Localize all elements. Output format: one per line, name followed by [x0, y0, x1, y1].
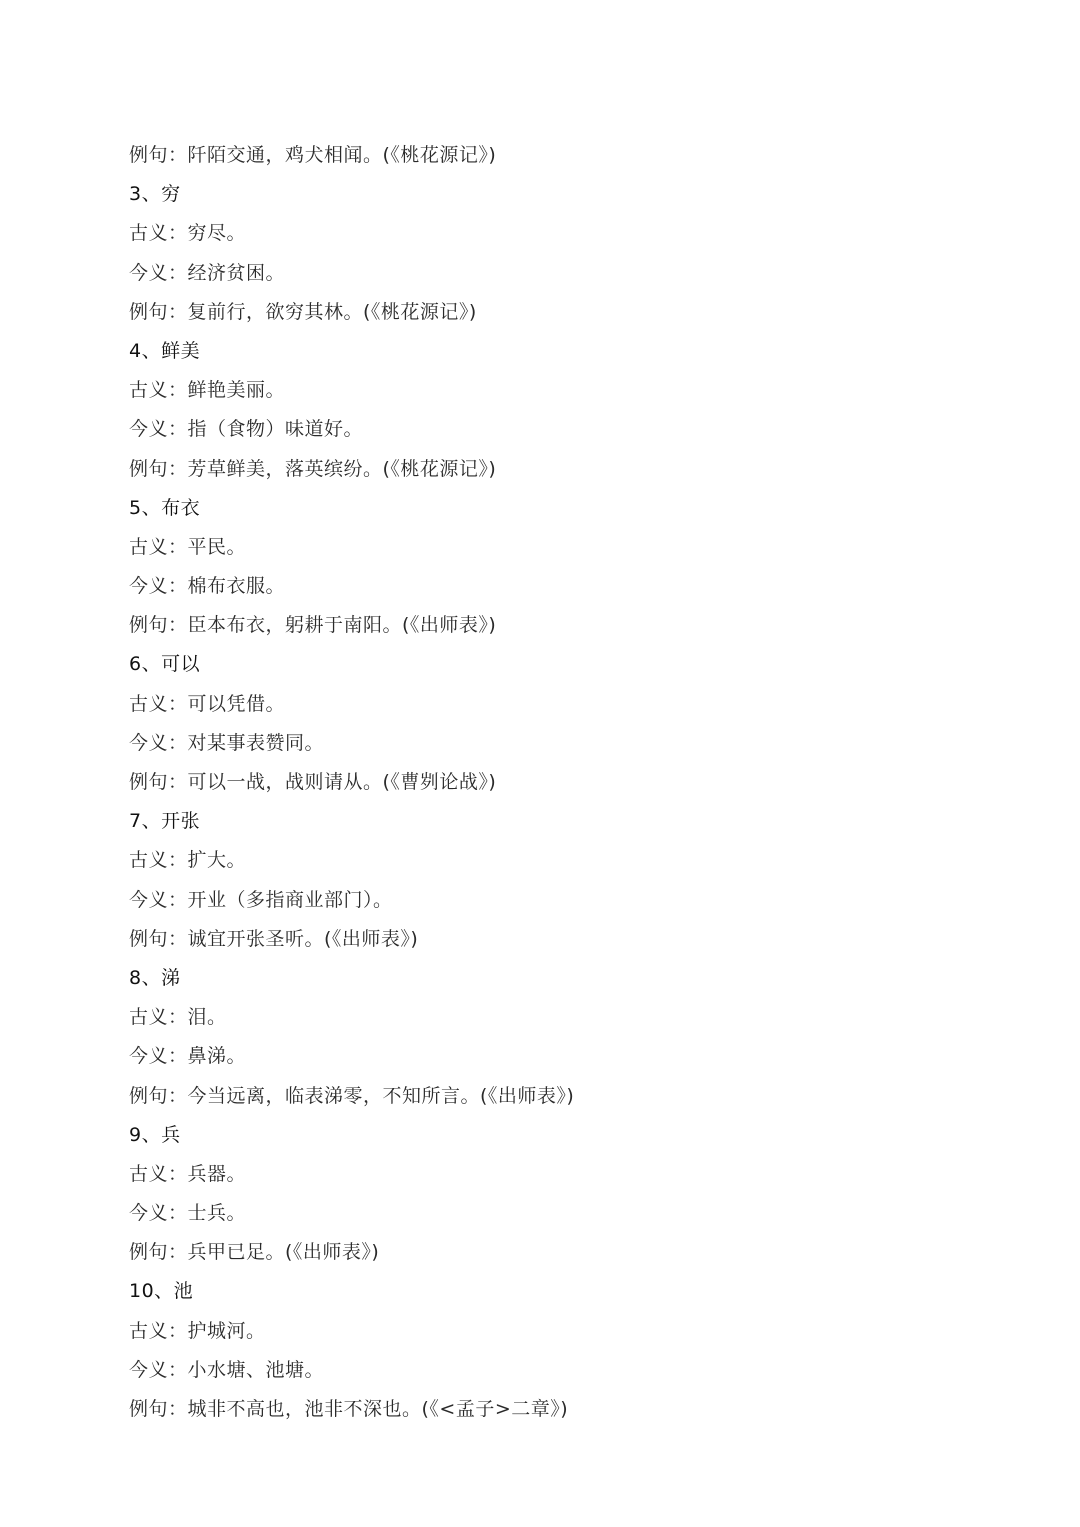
example-sentence: 例句：今当远离，临表涕零，不知所言。(《出师表》): [129, 1077, 989, 1116]
modern-meaning: 今义：鼻涕。: [129, 1037, 989, 1076]
example-sentence: 例句：臣本布衣，躬耕于南阳。(《出师表》): [129, 606, 989, 645]
modern-meaning: 今义：棉布衣服。: [129, 567, 989, 606]
ancient-meaning: 古义：鲜艳美丽。: [129, 371, 989, 410]
entry-heading: 8、涕: [129, 959, 989, 998]
entry-heading: 7、开张: [129, 802, 989, 841]
modern-meaning: 今义：小水塘、池塘。: [129, 1351, 989, 1390]
example-sentence: 例句：城非不高也，池非不深也。(《<孟子>二章》): [129, 1390, 989, 1429]
ancient-meaning: 古义：扩大。: [129, 841, 989, 880]
modern-meaning: 今义：对某事表赞同。: [129, 724, 989, 763]
example-sentence: 例句：复前行，欲穷其林。(《桃花源记》): [129, 293, 989, 332]
ancient-meaning: 古义：穷尽。: [129, 214, 989, 253]
entry-heading: 3、穷: [129, 175, 989, 214]
example-sentence: 例句：可以一战，战则请从。(《曹刿论战》): [129, 763, 989, 802]
example-sentence: 例句：芳草鲜美，落英缤纷。(《桃花源记》): [129, 450, 989, 489]
modern-meaning: 今义：开业（多指商业部门）。: [129, 881, 989, 920]
entry-heading: 10、池: [129, 1272, 989, 1311]
entry-heading: 4、鲜美: [129, 332, 989, 371]
ancient-meaning: 古义：可以凭借。: [129, 685, 989, 724]
entry-heading: 6、可以: [129, 645, 989, 684]
entry-heading: 5、布衣: [129, 489, 989, 528]
modern-meaning: 今义：经济贫困。: [129, 254, 989, 293]
example-sentence: 例句：阡陌交通，鸡犬相闻。(《桃花源记》): [129, 136, 989, 175]
ancient-meaning: 古义：护城河。: [129, 1312, 989, 1351]
document-page: 例句：阡陌交通，鸡犬相闻。(《桃花源记》) 3、穷 古义：穷尽。 今义：经济贫困…: [129, 136, 989, 1429]
example-sentence: 例句：兵甲已足。(《出师表》): [129, 1233, 989, 1272]
modern-meaning: 今义：指（食物）味道好。: [129, 410, 989, 449]
ancient-meaning: 古义：兵器。: [129, 1155, 989, 1194]
modern-meaning: 今义：士兵。: [129, 1194, 989, 1233]
example-sentence: 例句：诚宜开张圣听。(《出师表》): [129, 920, 989, 959]
ancient-meaning: 古义：泪。: [129, 998, 989, 1037]
entry-heading: 9、兵: [129, 1116, 989, 1155]
ancient-meaning: 古义：平民。: [129, 528, 989, 567]
